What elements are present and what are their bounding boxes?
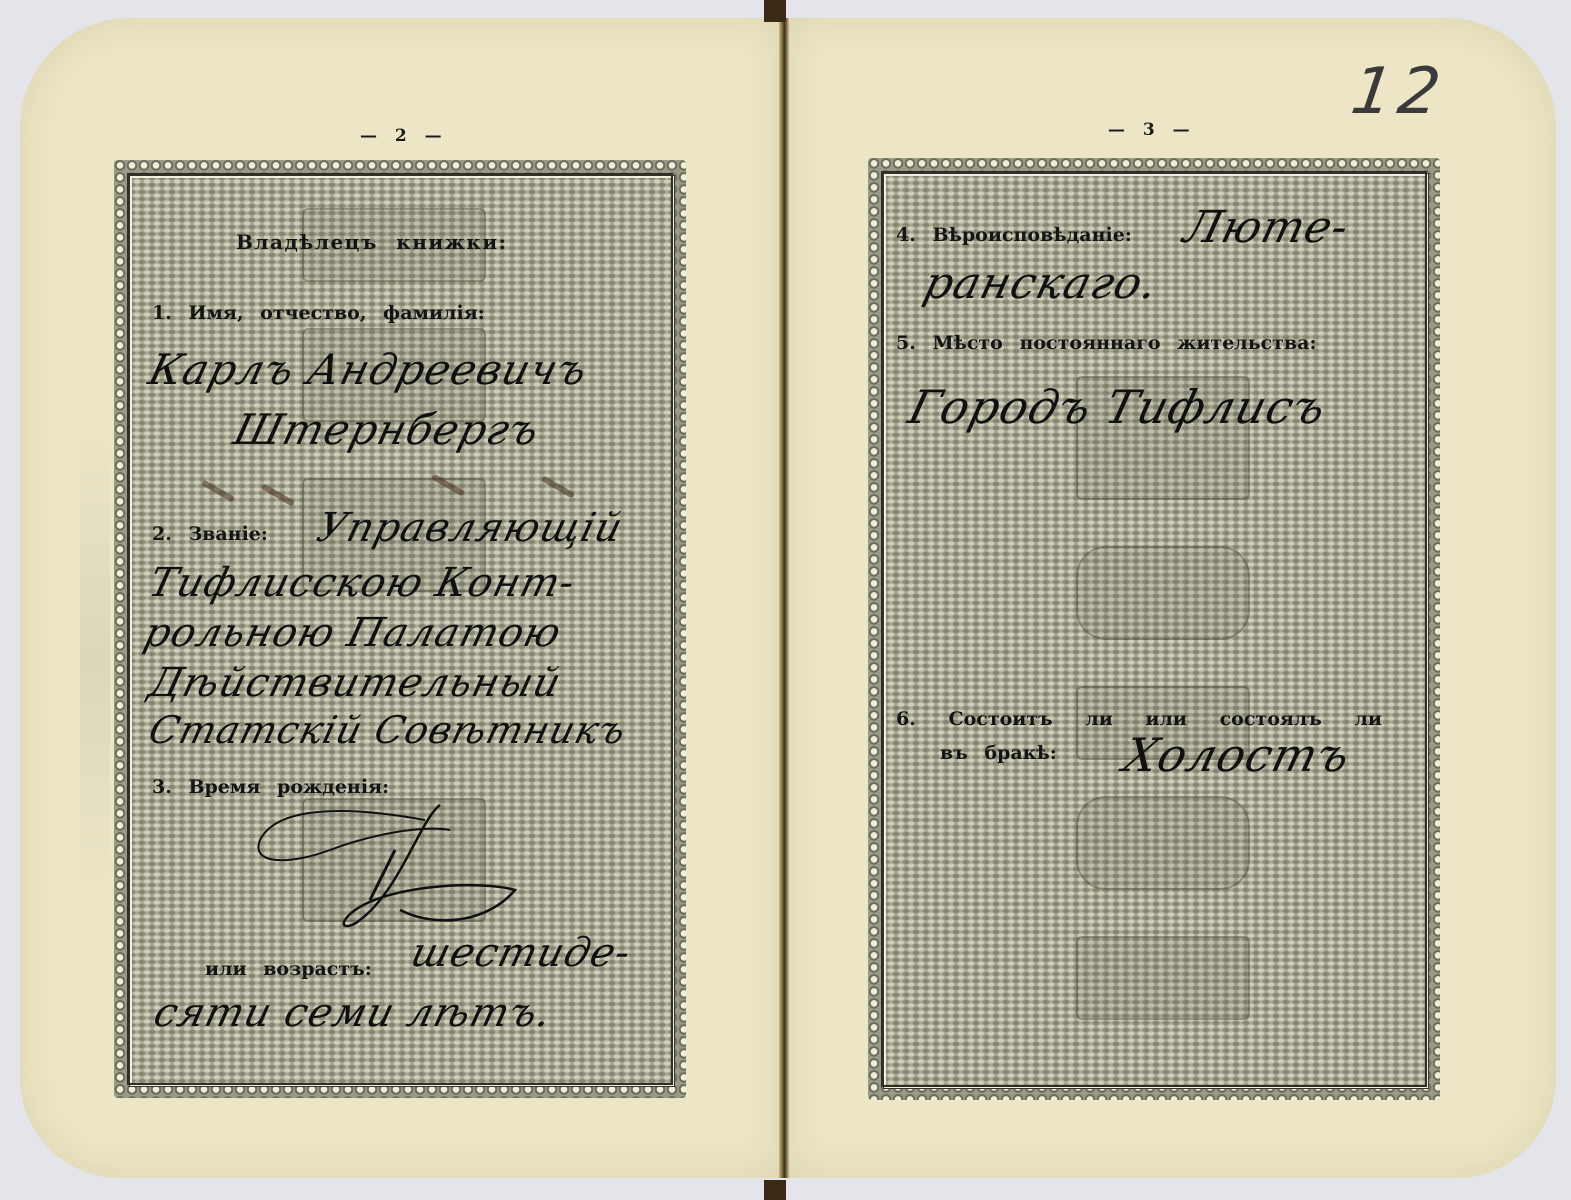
page-number-left: — 2 — [360,126,448,146]
field-4-value-line-1: Люте- [1179,202,1355,253]
field-2-value-line-4: Дѣйствительный [144,660,566,706]
field-5-value: Городъ Тифлисъ [903,380,1332,434]
field-2-label: 2. Званіе: [152,523,268,545]
owner-heading: Владѣлецъ книжки: [236,230,508,254]
field-5-label: 5. Мѣсто постояннаго жительства: [896,332,1316,354]
field-2-value-line-2: Тифлисскою Конт- [144,560,580,606]
field-1-value-line-1: Карлъ Андреевичъ [144,345,593,394]
field-1-value-line-2: Штернбергъ [229,405,545,454]
field-6-value: Холостъ [1118,728,1356,782]
spine-clip-top [764,0,786,22]
field-2-value-line-3: рольною Палатою [139,610,566,656]
bleed-through-text [80,420,110,900]
field-4-label: 4. Вѣроисповѣданіе: [896,224,1132,246]
field-6-label-line-1: 6. Состоитъ ли или состоялъ ли [896,708,1382,730]
spine-clip-bottom [764,1180,786,1200]
field-6-label-line-2: въ бракѣ: [940,742,1057,764]
field-3b-value-line-2: сяти семи лѣтъ. [149,990,557,1036]
right-guilloche-panel [884,174,1428,1088]
field-3b-label: или возрастъ: [205,958,372,980]
pencil-folio-number: 12 [1347,55,1451,129]
watermark-letter [1076,796,1250,890]
page-number-right: — 3 — [1108,120,1196,140]
field-4-value-line-2: ранскаго. [919,258,1164,309]
book-spine [779,18,789,1178]
birthdate-strike-flourish [250,790,530,940]
watermark-letter [1076,936,1250,1020]
field-2-value-line-1: Управляющій [312,505,628,551]
field-2-value-line-5: Статскій Совѣтникъ [145,708,632,752]
field-1-label: 1. Имя, отчество, фамилія: [152,302,485,324]
field-3b-value-line-1: шестиде- [406,930,636,976]
watermark-letter [1076,546,1250,640]
